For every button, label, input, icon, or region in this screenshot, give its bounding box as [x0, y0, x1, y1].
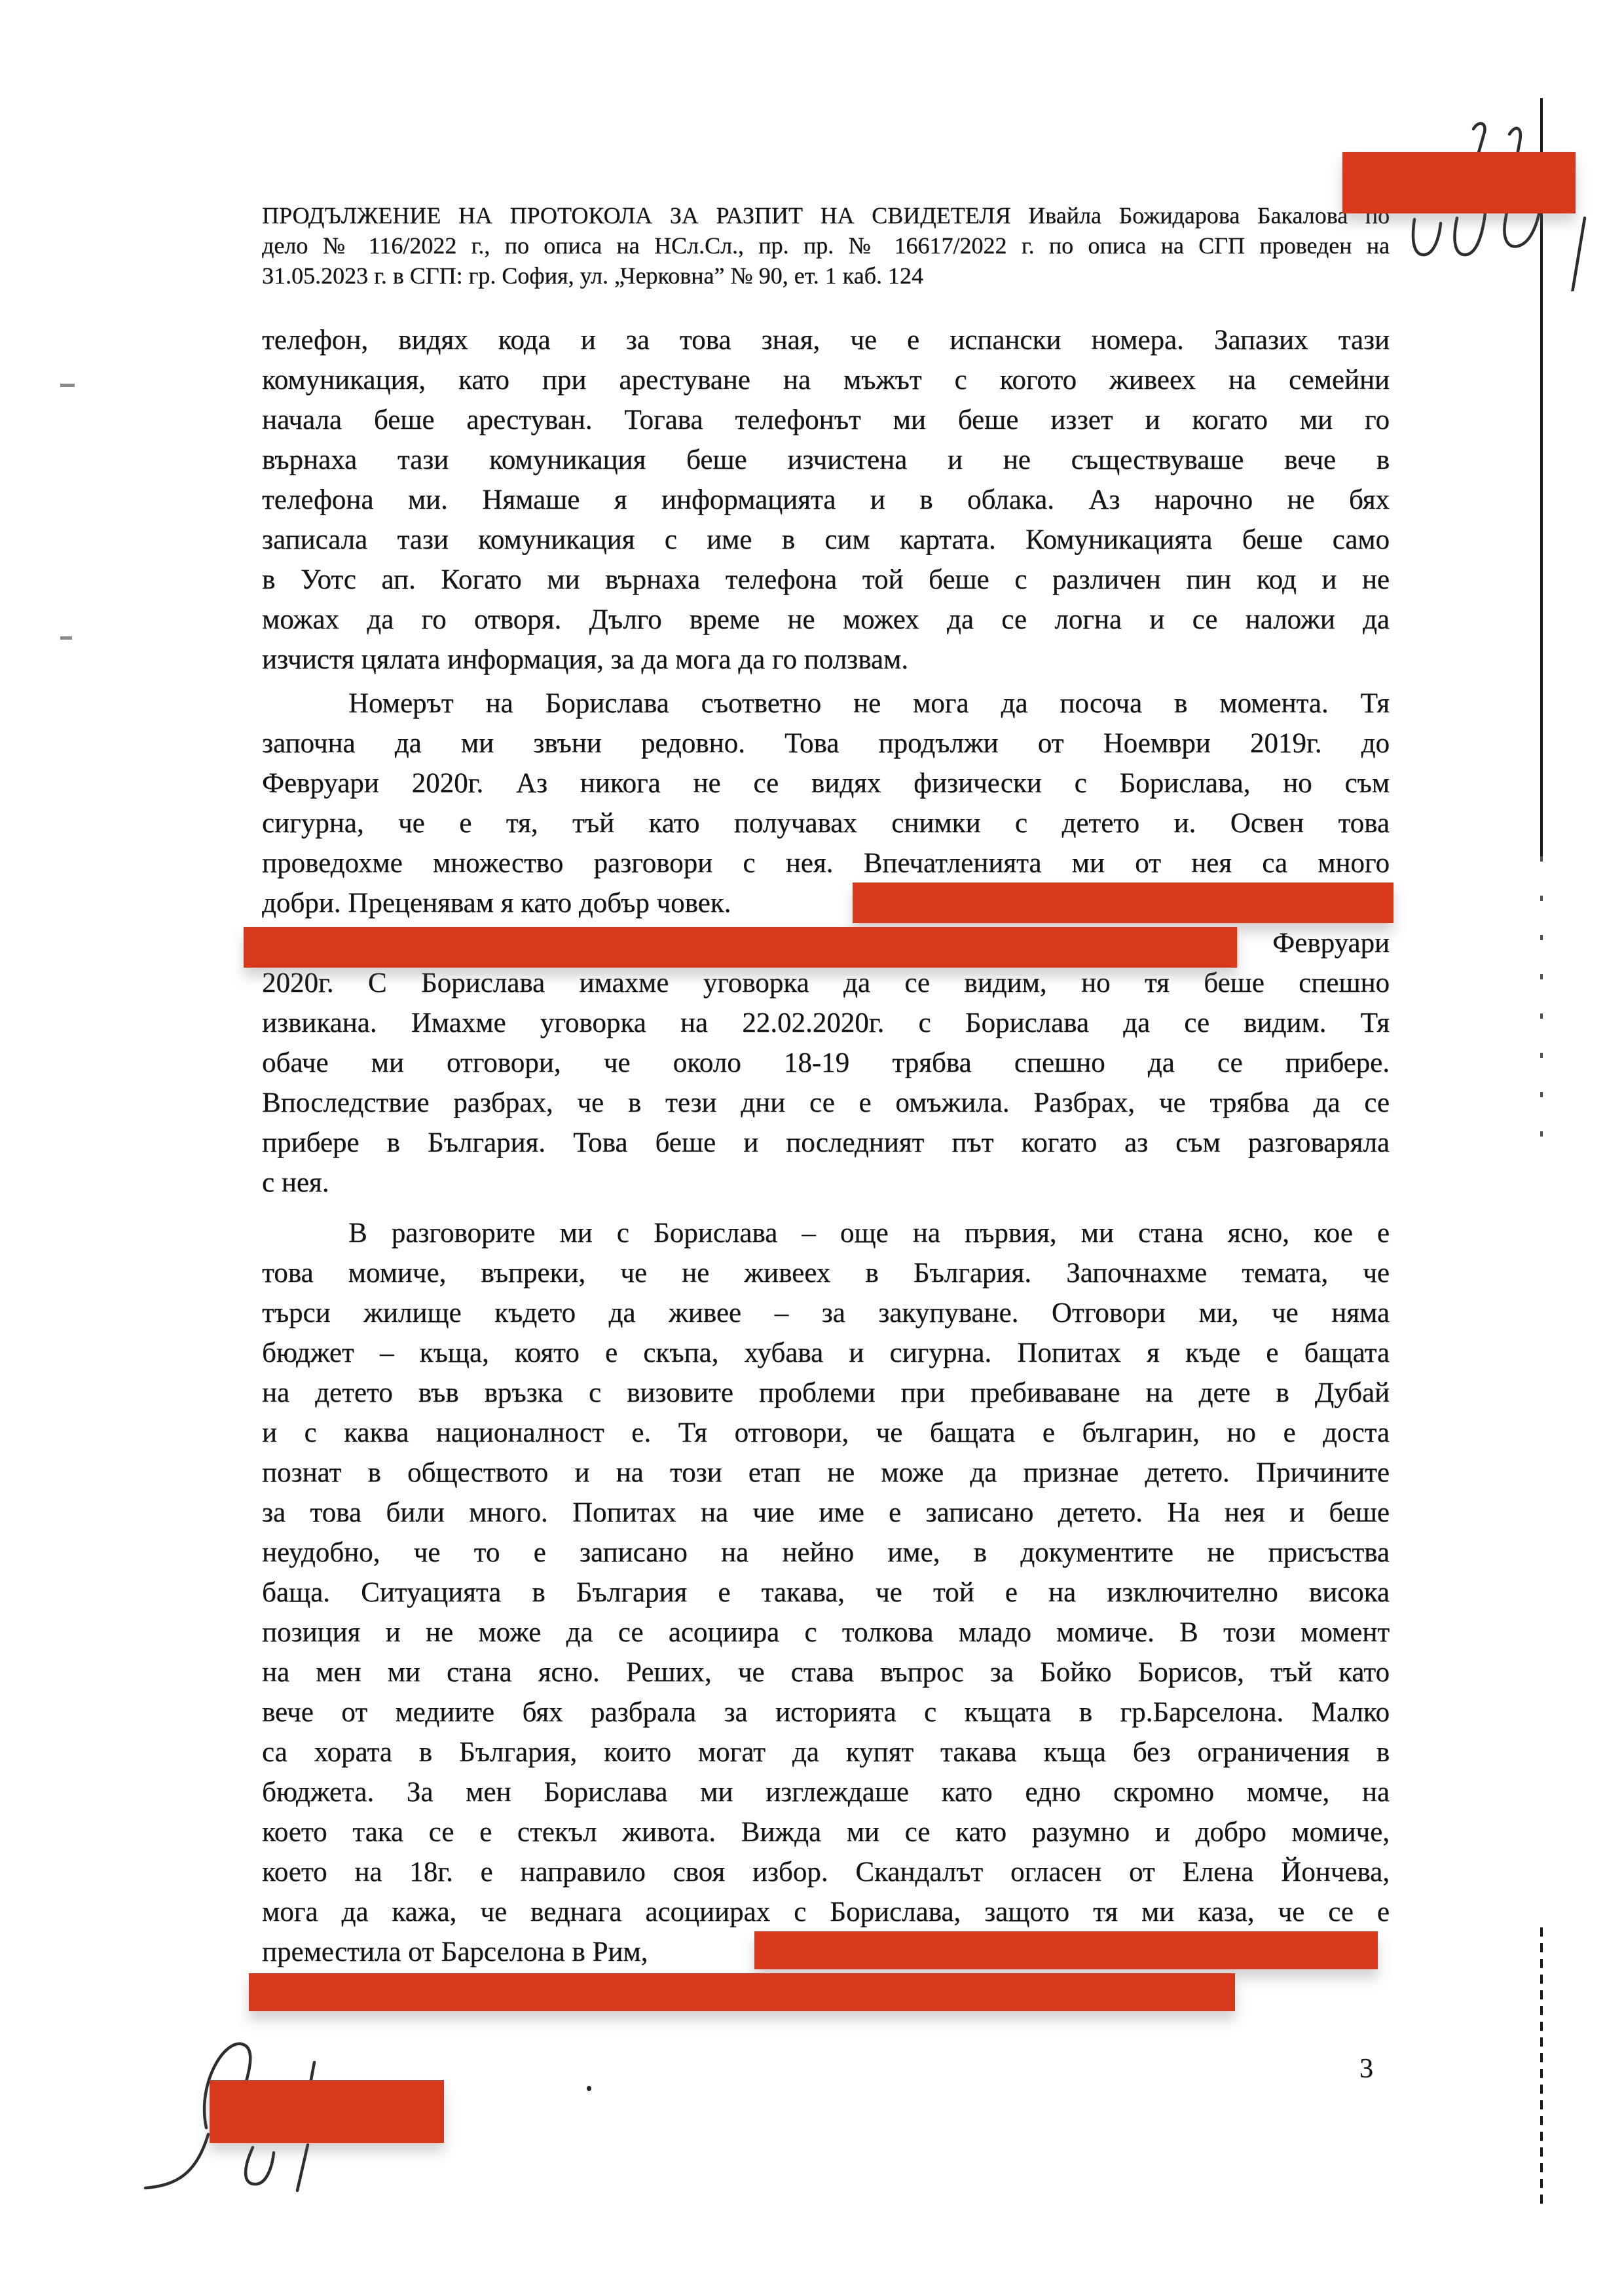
margin-mark — [60, 636, 72, 640]
redaction-bar — [210, 2080, 444, 2143]
text-line: Февруари 2020г. Аз никога не се видях фи… — [262, 763, 1390, 803]
text-line: за това били много. Попитах на чие име е… — [262, 1493, 1390, 1533]
redaction-bar — [754, 1931, 1378, 1969]
text-line: можах да го отворя. Дълго време не можех… — [262, 600, 1390, 640]
header-line: 31.05.2023 г. в СГП: гр. София, ул. „Чер… — [262, 261, 1390, 291]
text-line: извикана. Имахме уговорка на 22.02.2020г… — [262, 1003, 1390, 1043]
text-line: комуникация, като при арестуване на мъжъ… — [262, 360, 1390, 400]
text-line: върнаха тази комуникация беше изчистена … — [262, 440, 1390, 480]
text-line: позиция и не може да се асоциира с толко… — [262, 1613, 1390, 1652]
text-line: обаче ми отговори, че около 18-19 трябва… — [262, 1043, 1390, 1083]
header-line: ПРОДЪЛЖЕНИЕ НА ПРОТОКОЛА ЗА РАЗПИТ НА СВ… — [262, 200, 1390, 230]
text-line: телефон, видях кода и за това зная, че е… — [262, 320, 1390, 360]
page-number: 3 — [1359, 2053, 1373, 2085]
text-line: познат в обществото и на този етап не мо… — [262, 1453, 1390, 1493]
scan-edge-line — [1540, 1927, 1543, 2206]
redaction-bar — [853, 883, 1393, 923]
text-line: на мен ми стана ясно. Реших, че става въ… — [262, 1652, 1390, 1692]
text-line: Номерът на Борислава съответно не мога д… — [262, 683, 1390, 723]
scanned-document-page: ПРОДЪЛЖЕНИЕ НА ПРОТОКОЛА ЗА РАЗПИТ НА СВ… — [0, 0, 1624, 2296]
text-line: на детето във връзка с визовите проблеми… — [262, 1373, 1390, 1413]
ink-dot — [587, 2086, 591, 2091]
redaction-bar — [1342, 152, 1576, 213]
text-line: В разговорите ми с Борислава – още на пъ… — [262, 1213, 1390, 1253]
redaction-bar — [244, 927, 1237, 968]
document-header: ПРОДЪЛЖЕНИЕ НА ПРОТОКОЛА ЗА РАЗПИТ НА СВ… — [262, 200, 1390, 291]
text-line: мога да кажа, че веднага асоциирах с Бор… — [262, 1892, 1390, 1932]
text-line: това момиче, въпреки, че не живеех в Бъл… — [262, 1253, 1390, 1293]
text-line: в Уотс ап. Когато ми върнаха телефона то… — [262, 560, 1390, 600]
text-line: бюджета. За мен Борислава ми изглеждаше … — [262, 1772, 1390, 1812]
text-line: начала беше арестуван. Тогава телефонът … — [262, 400, 1390, 440]
text-line: 2020г. С Борислава имахме уговорка да се… — [262, 963, 1390, 1003]
text-line: търси жилище където да живее – за закупу… — [262, 1293, 1390, 1333]
text-line: което така се е стекъл живота. Вижда ми … — [262, 1812, 1390, 1852]
text-line: телефона ми. Нямаше я информацията и в о… — [262, 480, 1390, 520]
text-line: са хората в България, които могат да куп… — [262, 1732, 1390, 1772]
text-line: бюджет – къща, която е скъпа, хубава и с… — [262, 1333, 1390, 1373]
text-line: което на 18г. е направило своя избор. Ск… — [262, 1852, 1390, 1892]
margin-mark — [60, 384, 75, 387]
scan-edge-line — [1540, 856, 1543, 1164]
text-line: прибере в България. Това беше и последни… — [262, 1123, 1390, 1163]
body-text: телефон, видях кода и за това зная, че е… — [262, 320, 1390, 2012]
header-line: дело № 116/2022 г., по описа на НСл.Сл.,… — [262, 230, 1390, 261]
text-line: започна да ми звъни редовно. Това продъл… — [262, 723, 1390, 763]
text-line: изчистя цялата информация, за да мога да… — [262, 640, 1390, 680]
text-line: проведохме множество разговори с нея. Вп… — [262, 843, 1390, 883]
text-line: Впоследствие разбрах, че в тези дни се е… — [262, 1083, 1390, 1123]
redaction-bar — [249, 1973, 1235, 2011]
text-line: сигурна, че е тя, тъй като получавах сни… — [262, 803, 1390, 843]
text-line: неудобно, че то е записано на нейно име,… — [262, 1533, 1390, 1573]
text-line: баща. Ситуацията в България е такава, че… — [262, 1573, 1390, 1613]
text-line: и с каква националност е. Тя отговори, ч… — [262, 1413, 1390, 1453]
text-line: вече от медиите бях разбрала за историят… — [262, 1692, 1390, 1732]
text-line: с нея. — [262, 1163, 1390, 1203]
text-line: записала тази комуникация с име в сим ка… — [262, 520, 1390, 560]
